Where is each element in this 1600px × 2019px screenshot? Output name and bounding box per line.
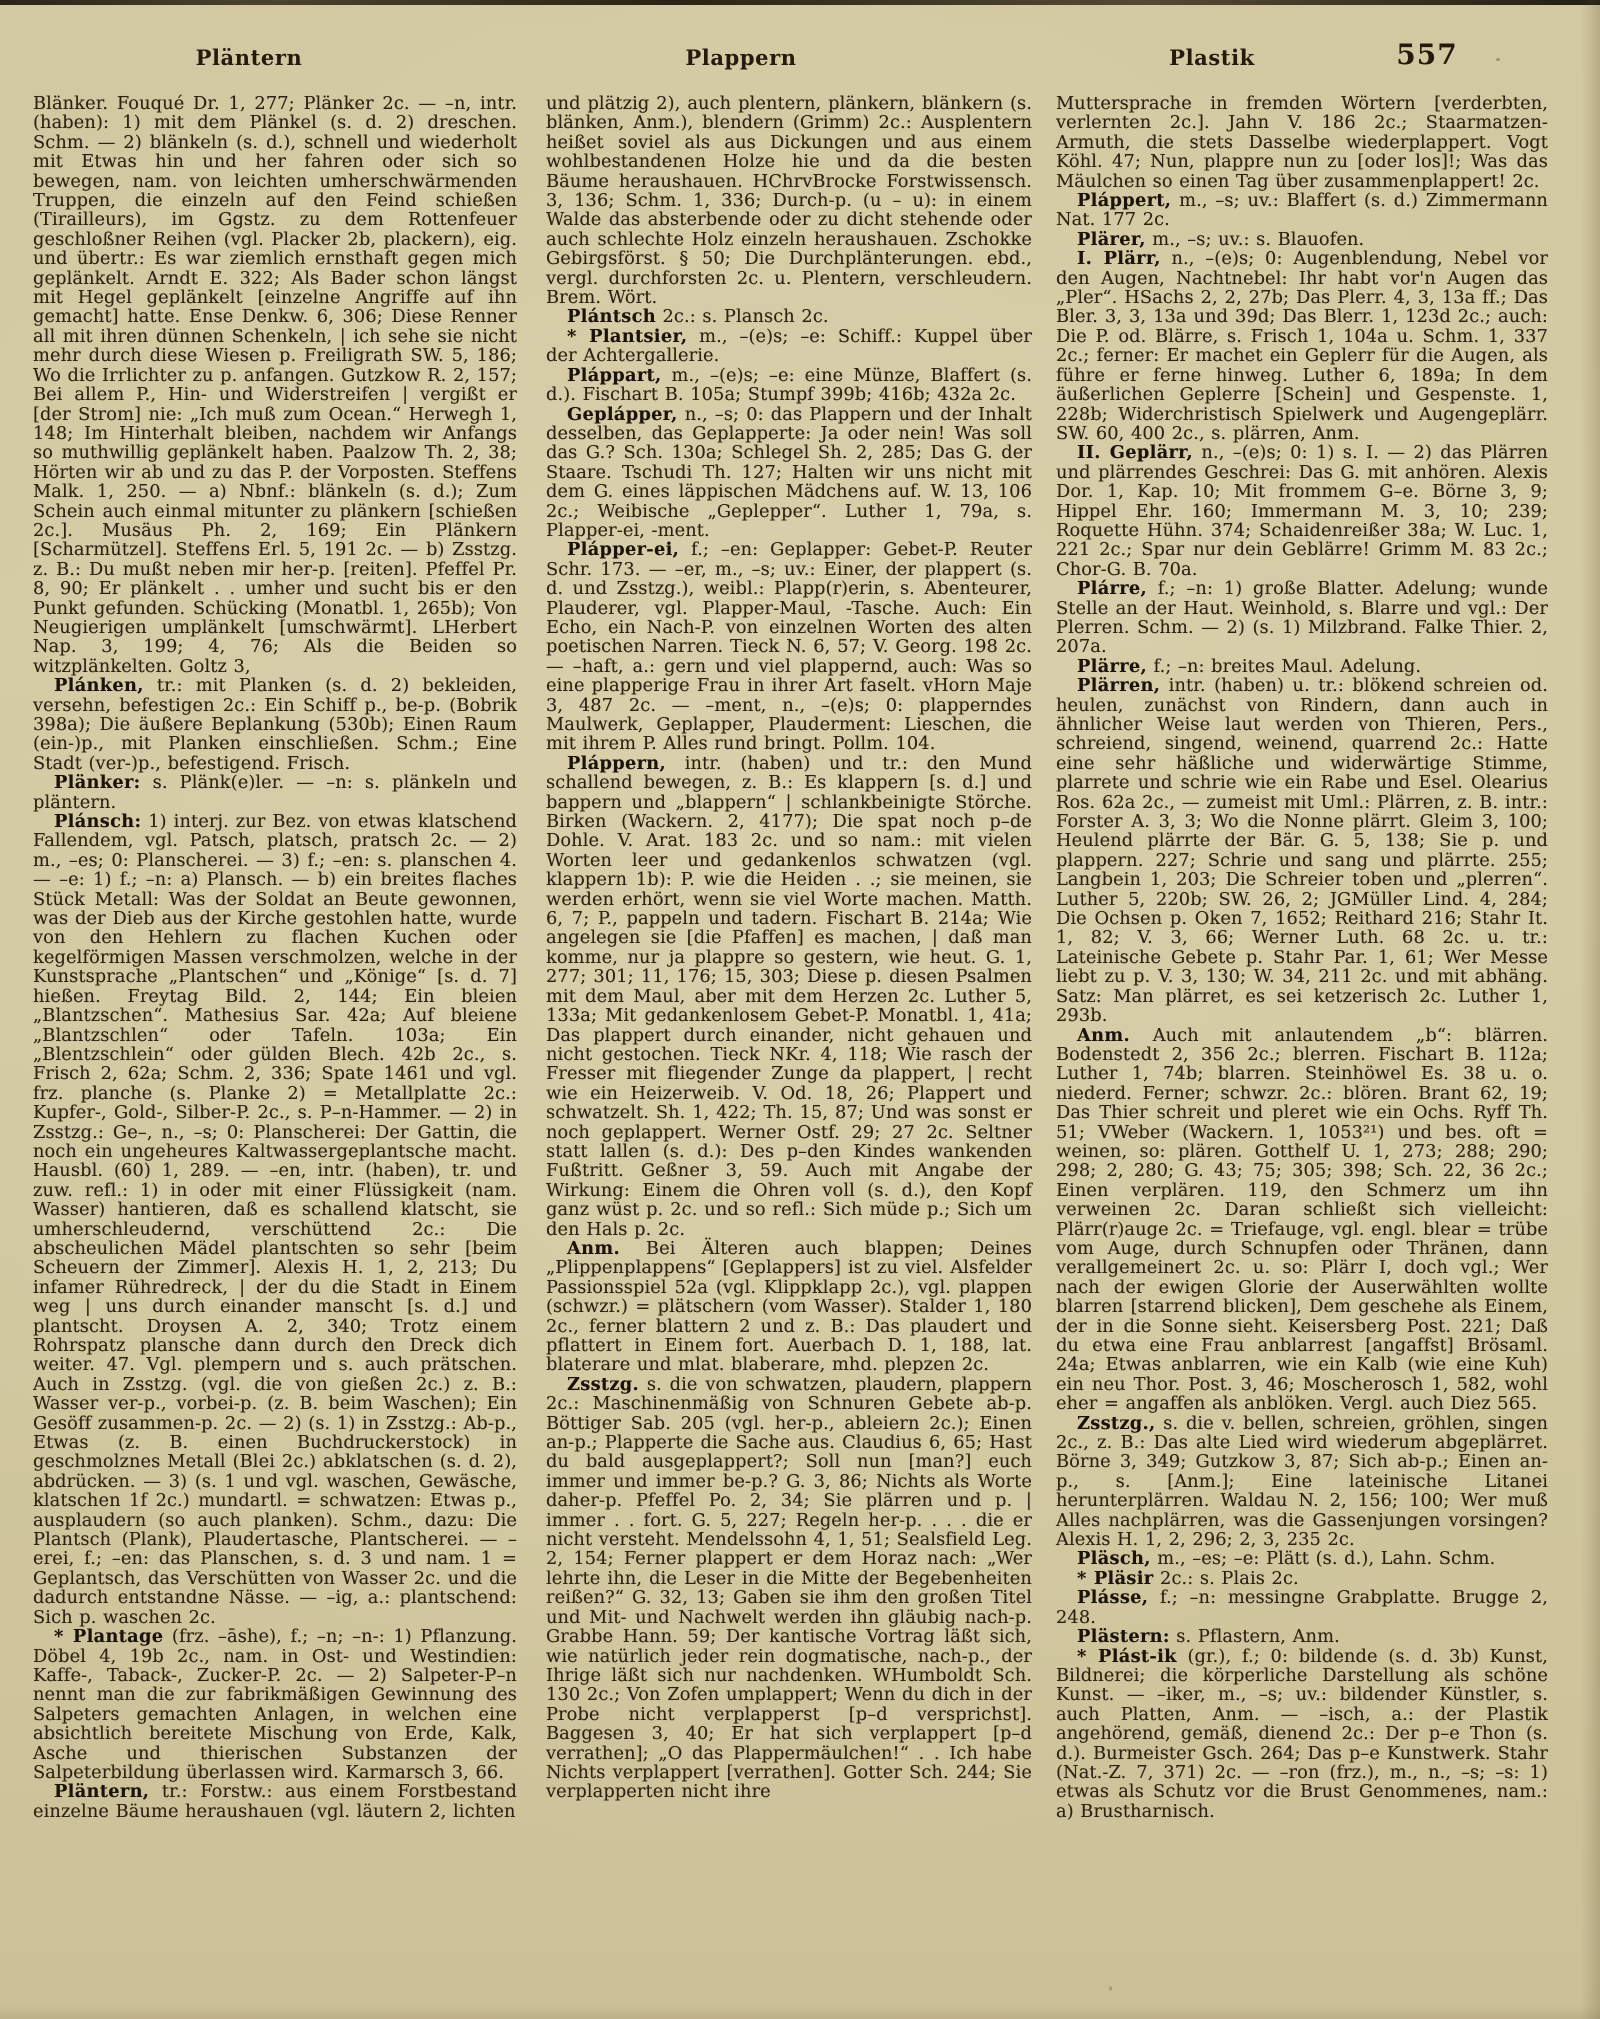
scan-speck <box>296 1248 299 1251</box>
headword: Pláppart, <box>567 365 662 386</box>
headword: Pláppert, <box>1077 190 1171 211</box>
dictionary-entry: Anm. Auch mit anlautendem „b“: blärren. … <box>1056 1026 1548 1414</box>
text-column-right: Muttersprache in fremden Wörtern [verder… <box>1056 94 1548 1821</box>
headword: Pláppern, <box>567 753 666 774</box>
headword: Plärren, <box>1077 675 1160 696</box>
headword: Zsstzg. <box>567 1374 639 1395</box>
scan-speck <box>1109 1986 1112 1991</box>
headword: Anm. <box>567 1238 620 1259</box>
scan-speck <box>1496 58 1500 61</box>
headword: Plásse, <box>1077 1587 1148 1608</box>
dictionary-entry: Plásse, f.; –n: messingne Grabplatte. Br… <box>1056 1588 1548 1627</box>
continuation-paragraph: Muttersprache in fremden Wörtern [verder… <box>1056 94 1548 191</box>
headword: Zsstzg., <box>1077 1413 1156 1434</box>
dictionary-entry: Pláppart, m., –(e)s; –e: eine Münze, Bla… <box>546 366 1032 405</box>
dictionary-entry: Plärre, f.; –n: breites Maul. Adelung. <box>1056 657 1548 676</box>
text-column-left: Blänker. Fouqué Dr. 1, 277; Plänker 2c. … <box>33 94 517 1821</box>
headword: Plárre, <box>1077 578 1147 599</box>
headword: Geplápper, <box>567 404 678 425</box>
dictionary-entry: Plästern: s. Pflastern, Anm. <box>1056 1627 1548 1646</box>
continuation-paragraph: Blänker. Fouqué Dr. 1, 277; Plänker 2c. … <box>33 94 517 676</box>
scan-top-edge <box>0 0 1600 5</box>
paper-right-edge <box>1580 0 1600 2019</box>
dictionary-entry: I. Plärr, n., –(e)s; 0: Augenblendung, N… <box>1056 249 1548 443</box>
dictionary-entry: Plärer, m., –s; uv.: s. Blauofen. <box>1056 230 1548 249</box>
headword: Plántsch <box>567 306 656 327</box>
headword: * Pläsir <box>1077 1568 1153 1589</box>
dictionary-entry: Pläntern, tr.: Forstw.: aus einem Forstb… <box>33 1782 517 1821</box>
header-keyword-right: Plastik <box>1169 45 1255 70</box>
dictionary-entry: Plántsch 2c.: s. Plansch 2c. <box>546 307 1032 326</box>
dictionary-entry: * Plantsier, m., –(e)s; –e: Schiff.: Kup… <box>546 327 1032 366</box>
dictionary-entry: * Plantage (frz. –āshe), f.; –n; –n-: 1)… <box>33 1627 517 1782</box>
headword: Plápper-ei, <box>567 539 679 560</box>
dictionary-entry: Zsstzg., s. die v. bellen, schreien, grö… <box>1056 1414 1548 1550</box>
headword: Plánken, <box>54 675 144 696</box>
headword: Plärre, <box>1077 656 1147 677</box>
dictionary-entry: Plánken, tr.: mit Planken (s. d. 2) bekl… <box>33 676 517 773</box>
paper-bottom-edge <box>0 2005 1600 2019</box>
dictionary-entry: Plápper-ei, f.; –en: Geplapper: Gebet-P.… <box>546 540 1032 753</box>
book-page: Pläntern Plappern Plastik 557 Blänker. F… <box>0 0 1600 2019</box>
text-column-center: und plätzig 2), auch plentern, plänkern,… <box>546 94 1032 1802</box>
dictionary-entry: Pláppern, intr. (haben) und tr.: den Mun… <box>546 754 1032 1239</box>
dictionary-entry: Pläsch, m., –es; –e: Plätt (s. d.), Lahn… <box>1056 1549 1548 1568</box>
dictionary-entry: Plänker: s. Plänk(e)ler. — –n: s. plänke… <box>33 773 517 812</box>
headword: * Plantage <box>54 1626 163 1647</box>
header-keyword-center: Plappern <box>685 45 796 70</box>
page-number: 557 <box>1396 38 1457 71</box>
headword: Pläntern, <box>54 1781 149 1802</box>
dictionary-entry: Anm. Bei Älteren auch blappen; Deines „P… <box>546 1239 1032 1375</box>
headword: II. Geplärr, <box>1077 442 1193 463</box>
dictionary-entry: Zsstzg. s. die von schwatzen, plaudern, … <box>546 1375 1032 1802</box>
headword: Plánsch: <box>54 811 141 832</box>
headword: Plästern: <box>1077 1626 1170 1647</box>
dictionary-entry: Plánsch: 1) interj. zur Bez. von etwas k… <box>33 812 517 1627</box>
dictionary-entry: Pláppert, m., –s; uv.: Blaffert (s. d.) … <box>1056 191 1548 230</box>
dictionary-entry: Plárre, f.; –n: 1) große Blatter. Adelun… <box>1056 579 1548 657</box>
dictionary-entry: II. Geplärr, n., –(e)s; 0: 1) s. I. — 2)… <box>1056 443 1548 579</box>
dictionary-entry: * Plást-ik (gr.), f.; 0: bildende (s. d.… <box>1056 1647 1548 1822</box>
dictionary-entry: * Pläsir 2c.: s. Plais 2c. <box>1056 1569 1548 1588</box>
headword: * Plantsier, <box>567 326 687 347</box>
dictionary-entry: Geplápper, n., –s; 0: das Plappern und d… <box>546 405 1032 541</box>
header-keyword-left: Pläntern <box>196 45 303 70</box>
headword: Pläsch, <box>1077 1548 1151 1569</box>
headword: Anm. <box>1077 1025 1130 1046</box>
continuation-paragraph: und plätzig 2), auch plentern, plänkern,… <box>546 94 1032 307</box>
headword: I. Plärr, <box>1077 248 1161 269</box>
dictionary-entry: Plärren, intr. (haben) u. tr.: blökend s… <box>1056 676 1548 1025</box>
headword: Plänker: <box>54 772 141 793</box>
headword: * Plást-ik <box>1077 1646 1177 1667</box>
headword: Plärer, <box>1077 229 1146 250</box>
